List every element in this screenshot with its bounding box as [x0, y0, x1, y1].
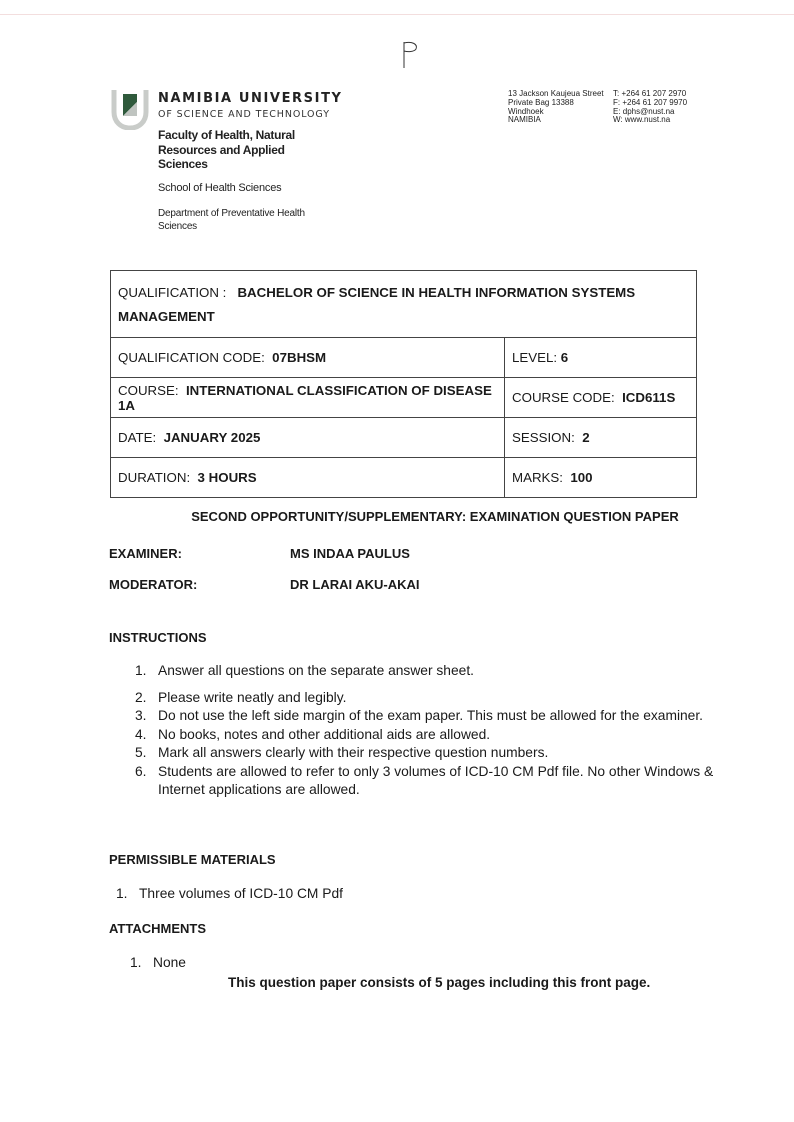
- contact-block: T: +264 61 207 2970 F: +264 61 207 9970 …: [613, 90, 687, 125]
- qualification-code-value: 07BHSM: [272, 350, 326, 365]
- marks-value: 100: [570, 470, 592, 485]
- list-item: 4.No books, notes and other additional a…: [135, 726, 735, 745]
- list-item: 3.Do not use the left side margin of the…: [135, 707, 735, 726]
- list-item: 1.Answer all questions on the separate a…: [135, 662, 735, 681]
- course-code-label: COURSE CODE:: [512, 390, 615, 405]
- list-item: 2.Please write neatly and legibly.: [135, 689, 735, 708]
- examiner-value: MS INDAA PAULUS: [290, 546, 410, 561]
- university-subtitle: OF SCIENCE AND TECHNOLOGY: [158, 109, 330, 120]
- paper-title: SECOND OPPORTUNITY/SUPPLEMENTARY: EXAMIN…: [0, 509, 794, 524]
- qualification-code-label: QUALIFICATION CODE:: [118, 350, 265, 365]
- scan-edge-line: [0, 14, 794, 15]
- exam-info-table: QUALIFICATION : BACHELOR OF SCIENCE IN H…: [110, 270, 697, 498]
- table-row: COURSE: INTERNATIONAL CLASSIFICATION OF …: [111, 378, 697, 418]
- handwritten-mark: [400, 40, 422, 70]
- date-label: DATE:: [118, 430, 156, 445]
- session-label: SESSION:: [512, 430, 575, 445]
- table-row: QUALIFICATION CODE: 07BHSM LEVEL: 6: [111, 338, 697, 378]
- list-item: 5.Mark all answers clearly with their re…: [135, 744, 735, 763]
- permissible-materials-heading: PERMISSIBLE MATERIALS: [109, 852, 276, 867]
- duration-value: 3 HOURS: [198, 470, 257, 485]
- examiner-label: EXAMINER:: [109, 546, 182, 561]
- faculty-name: Faculty of Health, Natural Resources and…: [158, 128, 318, 172]
- moderator-label: MODERATOR:: [109, 577, 197, 592]
- attachments-heading: ATTACHMENTS: [109, 921, 206, 936]
- instructions-list: 1.Answer all questions on the separate a…: [135, 662, 735, 800]
- address-block: 13 Jackson Kaujeua Street Private Bag 13…: [508, 90, 604, 125]
- table-row: DATE: JANUARY 2025 SESSION: 2: [111, 418, 697, 458]
- page-count-note: This question paper consists of 5 pages …: [228, 975, 650, 990]
- table-row: QUALIFICATION : BACHELOR OF SCIENCE IN H…: [111, 271, 697, 338]
- school-name: School of Health Sciences: [158, 182, 281, 194]
- level-label: LEVEL:: [512, 350, 557, 365]
- university-logo-icon: [111, 86, 149, 130]
- instructions-heading: INSTRUCTIONS: [109, 630, 207, 645]
- moderator-value: DR LARAI AKU-AKAI: [290, 577, 420, 592]
- date-value: JANUARY 2025: [164, 430, 261, 445]
- department-name: Department of Preventative Health Scienc…: [158, 208, 308, 233]
- course-label: COURSE:: [118, 383, 179, 398]
- course-code-value: ICD611S: [622, 390, 675, 405]
- table-row: DURATION: 3 HOURS MARKS: 100: [111, 458, 697, 498]
- list-item: 1.None: [130, 955, 186, 970]
- marks-label: MARKS:: [512, 470, 563, 485]
- qualification-label: QUALIFICATION :: [118, 285, 226, 300]
- list-item: 1.Three volumes of ICD-10 CM Pdf: [116, 886, 343, 901]
- level-value: 6: [561, 350, 568, 365]
- session-value: 2: [582, 430, 589, 445]
- list-item: 6.Students are allowed to refer to only …: [135, 763, 735, 800]
- duration-label: DURATION:: [118, 470, 190, 485]
- university-name: NAMIBIA UNIVERSITY: [158, 91, 343, 106]
